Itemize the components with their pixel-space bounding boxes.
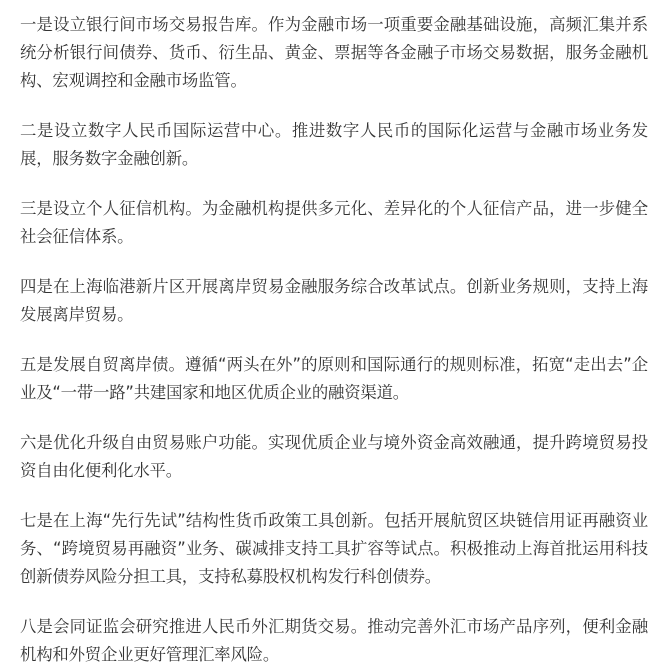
article-body: 一是设立银行间市场交易报告库。作为金融市场一项重要金融基础设施，高频汇集并系统分… [0, 0, 660, 666]
paragraph-4: 四是在上海临港新片区开展离岸贸易金融服务综合改革试点。创新业务规则，支持上海发展… [20, 273, 648, 329]
paragraph-8: 八是会同证监会研究推进人民币外汇期货交易。推动完善外汇市场产品序列，便利金融机构… [20, 613, 648, 666]
paragraph-2: 二是设立数字人民币国际运营中心。推进数字人民币的国际化运营与金融市场业务发展，服… [20, 117, 648, 173]
paragraph-6: 六是优化升级自由贸易账户功能。实现优质企业与境外资金高效融通，提升跨境贸易投资自… [20, 429, 648, 485]
paragraph-5: 五是发展自贸离岸债。遵循“两头在外”的原则和国际通行的规则标准，拓宽“走出去”企… [20, 351, 648, 407]
paragraph-3: 三是设立个人征信机构。为金融机构提供多元化、差异化的个人征信产品，进一步健全社会… [20, 195, 648, 251]
paragraph-1: 一是设立银行间市场交易报告库。作为金融市场一项重要金融基础设施，高频汇集并系统分… [20, 11, 648, 95]
paragraph-7: 七是在上海“先行先试”结构性货币政策工具创新。包括开展航贸区块链信用证再融资业务… [20, 507, 648, 591]
